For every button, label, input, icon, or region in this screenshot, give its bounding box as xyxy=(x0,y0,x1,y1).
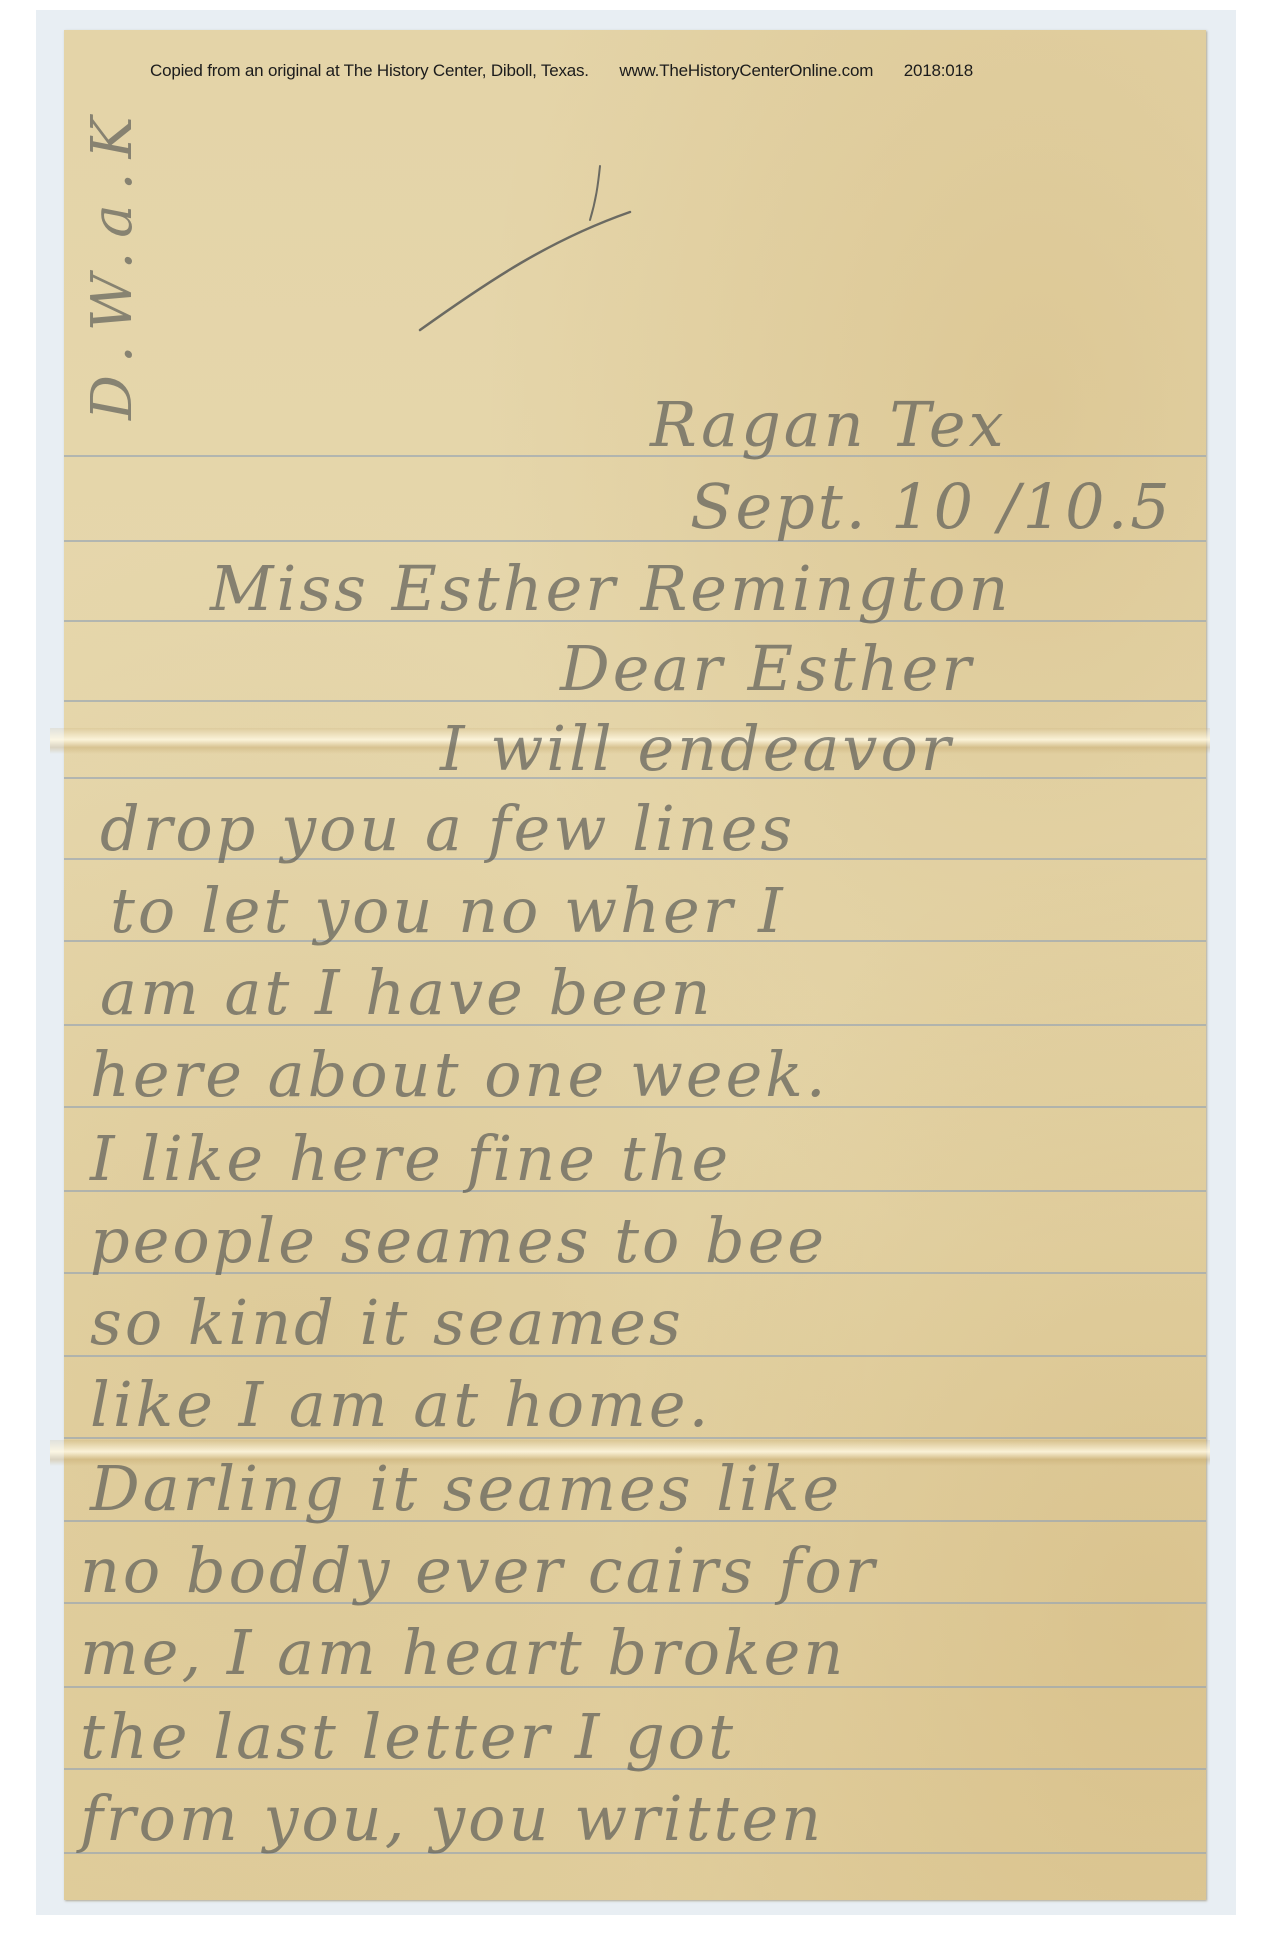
letter-line: Darling it seames like xyxy=(90,1452,842,1525)
letter-salutation: Dear Esther xyxy=(560,632,974,705)
letter-line: I will endeavor xyxy=(440,712,953,785)
letter-line: here about one week. xyxy=(90,1038,829,1111)
letter-addressee: Miss Esther Remington xyxy=(210,552,1011,625)
letter-line: like I am at home. xyxy=(90,1368,711,1441)
margin-note: D.W.a.K xyxy=(80,103,145,420)
letter-line: drop you a few lines xyxy=(100,792,795,865)
letter-line: people seames to bee xyxy=(90,1204,827,1277)
letter-line: from you, you written xyxy=(80,1782,824,1855)
ruled-line xyxy=(64,455,1206,457)
letter-line: me, I am heart broken xyxy=(80,1616,846,1689)
letter-place: Ragan Tex xyxy=(650,388,1007,461)
letter-line: the last letter I got xyxy=(80,1700,736,1773)
letter-line: no boddy ever cairs for xyxy=(80,1534,877,1607)
catalog-number: 2018:018 xyxy=(904,61,973,80)
archive-note: Copied from an original at The History C… xyxy=(150,61,999,81)
letter-line: am at I have been xyxy=(100,956,714,1029)
letter-line: I like here fine the xyxy=(90,1122,731,1195)
letter-line: to let you no wher I xyxy=(110,874,786,947)
pencil-checkmark-icon xyxy=(400,150,700,350)
letter-line: so kind it seames xyxy=(90,1286,684,1359)
letter-date: Sept. 10 /10.5 xyxy=(690,470,1173,543)
archive-website: www.TheHistoryCenterOnline.com xyxy=(619,61,873,80)
archive-source: Copied from an original at The History C… xyxy=(150,61,589,80)
